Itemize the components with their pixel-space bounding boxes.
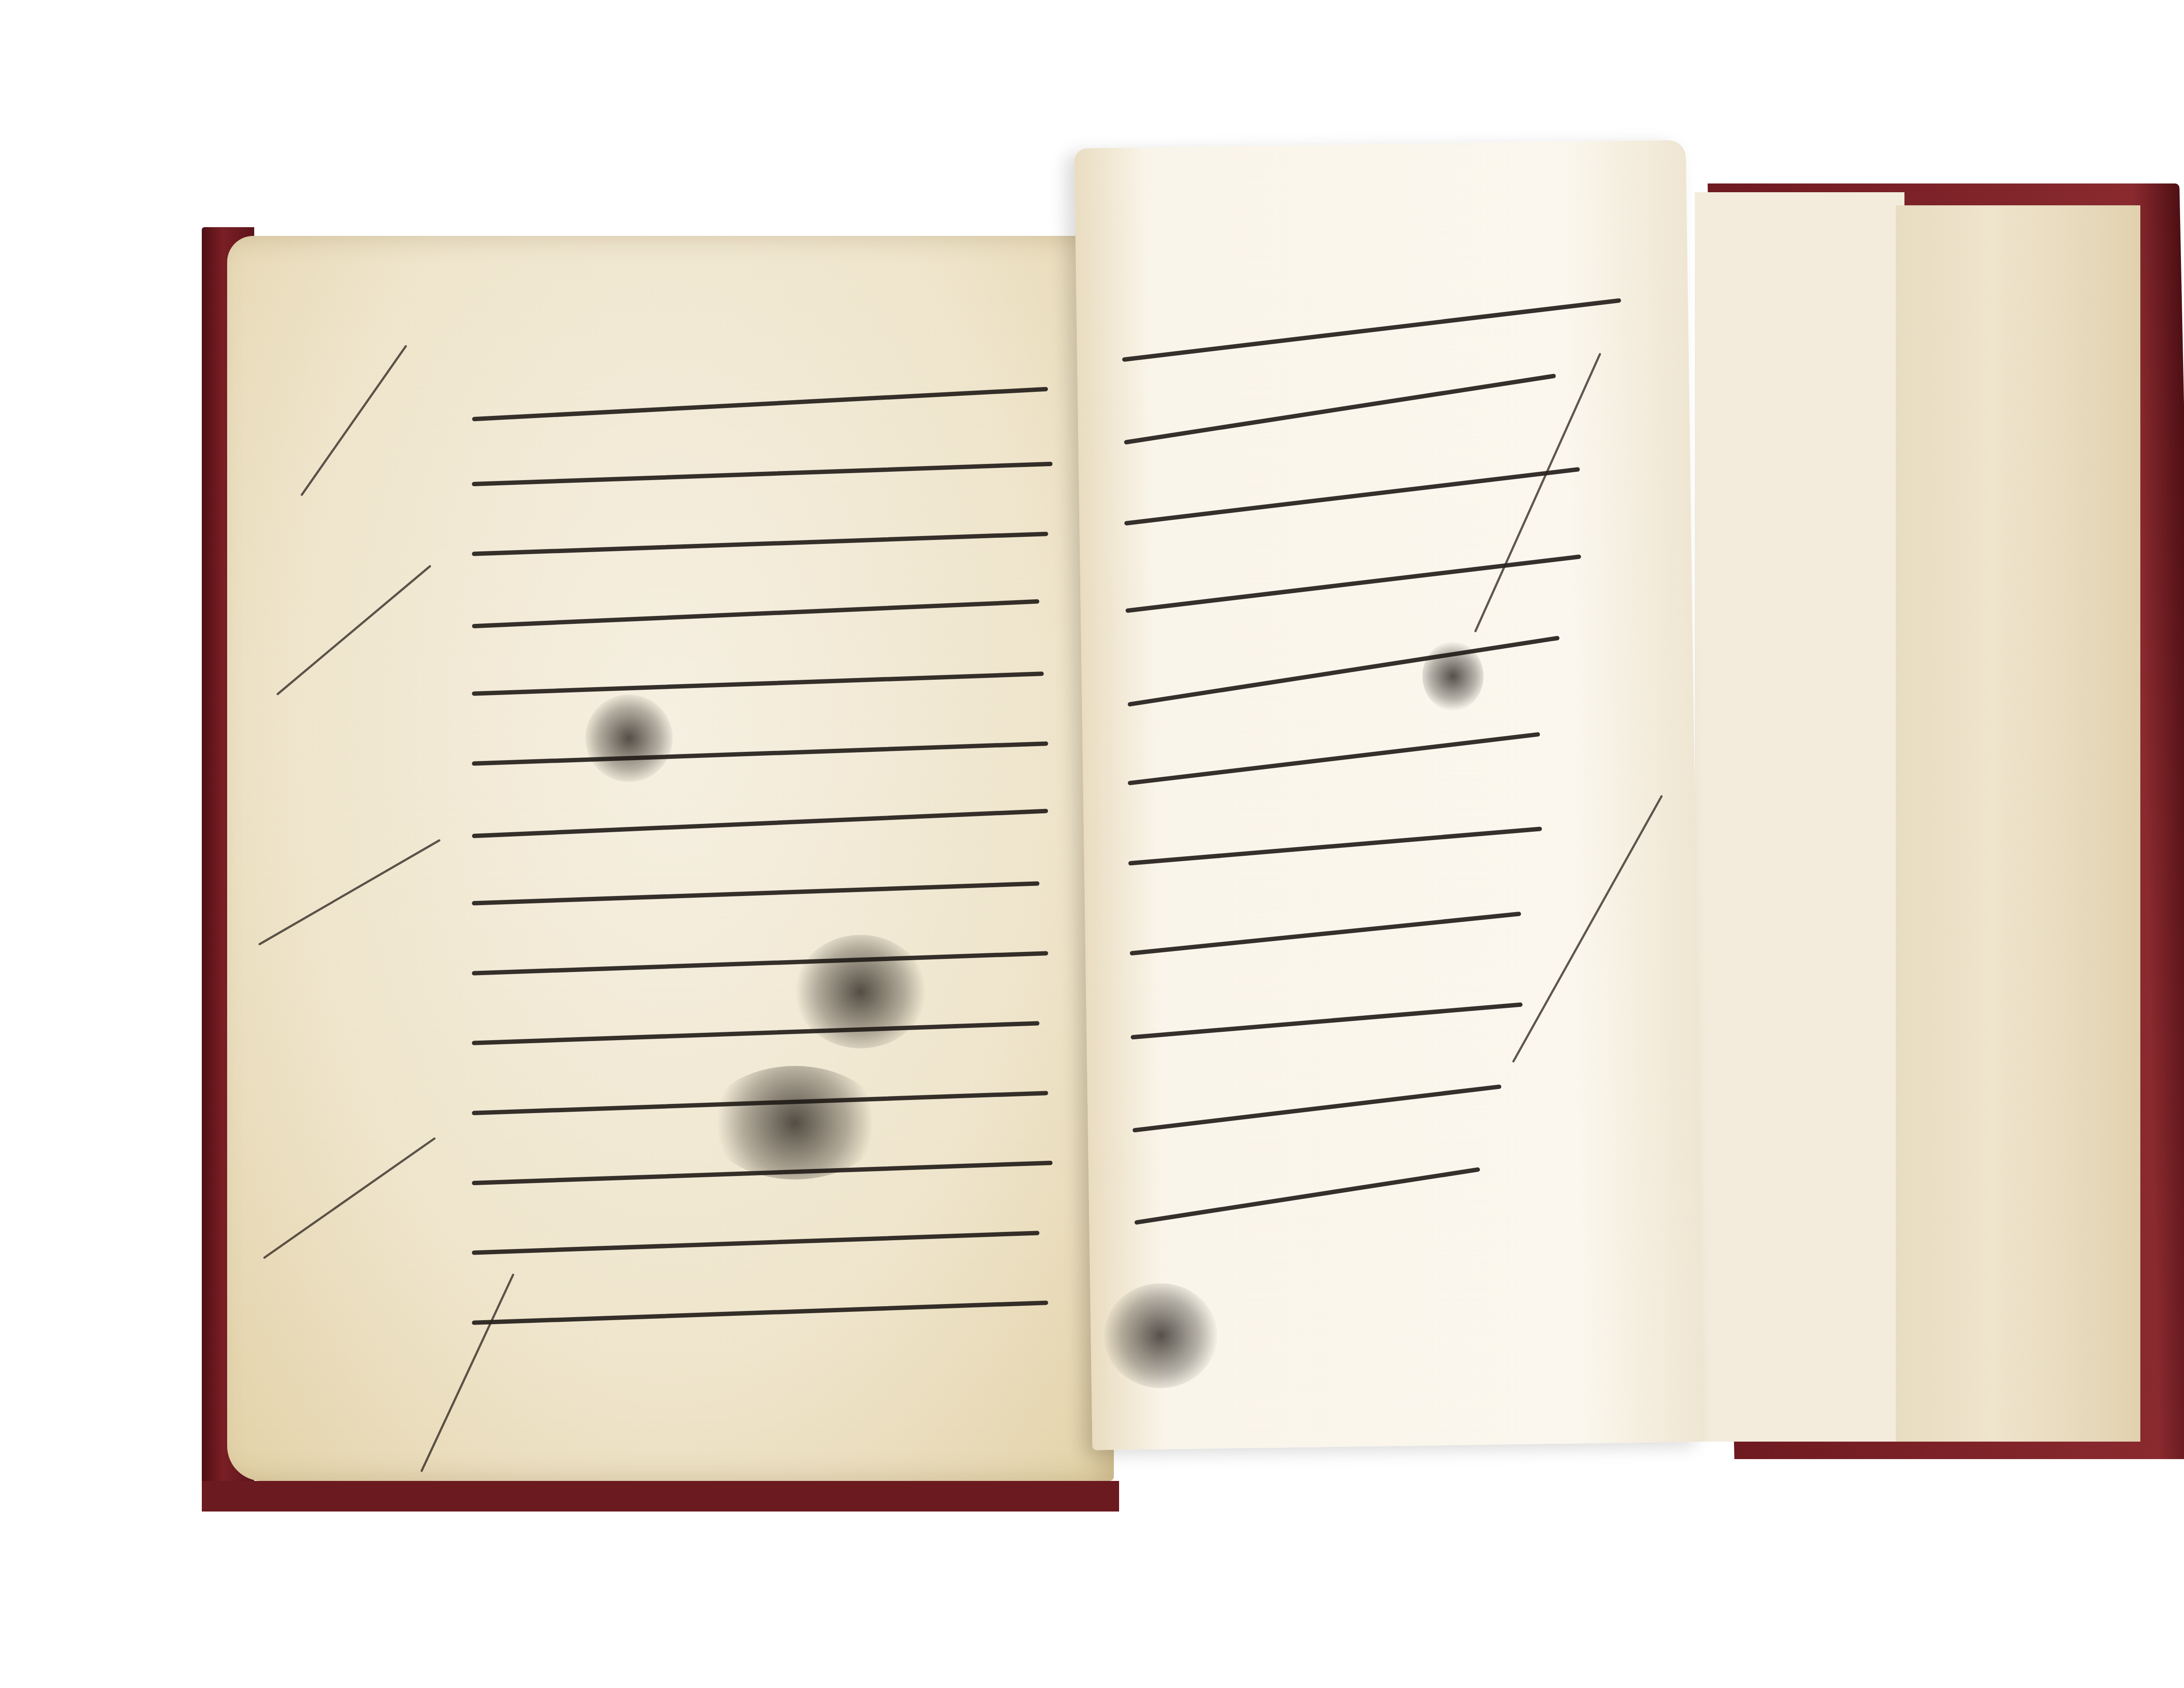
ink-smudge <box>708 1066 882 1180</box>
flyleaf <box>1896 205 2140 1442</box>
ink-line <box>472 1231 1040 1255</box>
ink-smudge <box>795 935 926 1048</box>
marginal-note <box>301 345 408 496</box>
ink-line <box>472 532 1048 556</box>
ink-line <box>1128 732 1541 785</box>
ink-line <box>1125 554 1581 613</box>
ink-line <box>472 951 1048 975</box>
ink-line <box>472 462 1053 486</box>
ink-line <box>472 1301 1048 1325</box>
ink-line <box>1128 827 1542 865</box>
ink-line <box>1130 1002 1523 1039</box>
ink-smudge <box>1422 641 1484 712</box>
ink-line <box>1122 298 1621 362</box>
middle-page: بسم الله الرحمن الرحيم الحمد لله الذي جع… <box>1074 140 1704 1450</box>
ink-line <box>472 1021 1040 1045</box>
marginal-note <box>276 565 432 696</box>
ink-line <box>472 387 1048 421</box>
ink-line <box>472 599 1039 629</box>
binding-bottom-edge <box>202 1481 1119 1512</box>
ink-line <box>1124 467 1580 526</box>
ink-line <box>472 741 1048 766</box>
ink-line <box>1132 1084 1501 1133</box>
marginal-note <box>263 1137 436 1259</box>
marginal-note <box>1474 353 1602 633</box>
ink-line <box>1127 636 1560 707</box>
marginal-note <box>1512 795 1663 1062</box>
ink-line <box>472 809 1048 838</box>
ink-line <box>1134 1167 1480 1225</box>
ink-line <box>472 671 1044 696</box>
ink-line <box>472 881 1040 905</box>
ink-smudge <box>1103 1283 1218 1389</box>
ink-smudge <box>585 695 673 782</box>
marginal-note <box>258 839 441 945</box>
ink-line <box>1130 912 1521 956</box>
marginal-note <box>420 1273 515 1472</box>
left-page: ظل الله تعالى في الارضين مغيث الملة والد… <box>227 236 1114 1481</box>
